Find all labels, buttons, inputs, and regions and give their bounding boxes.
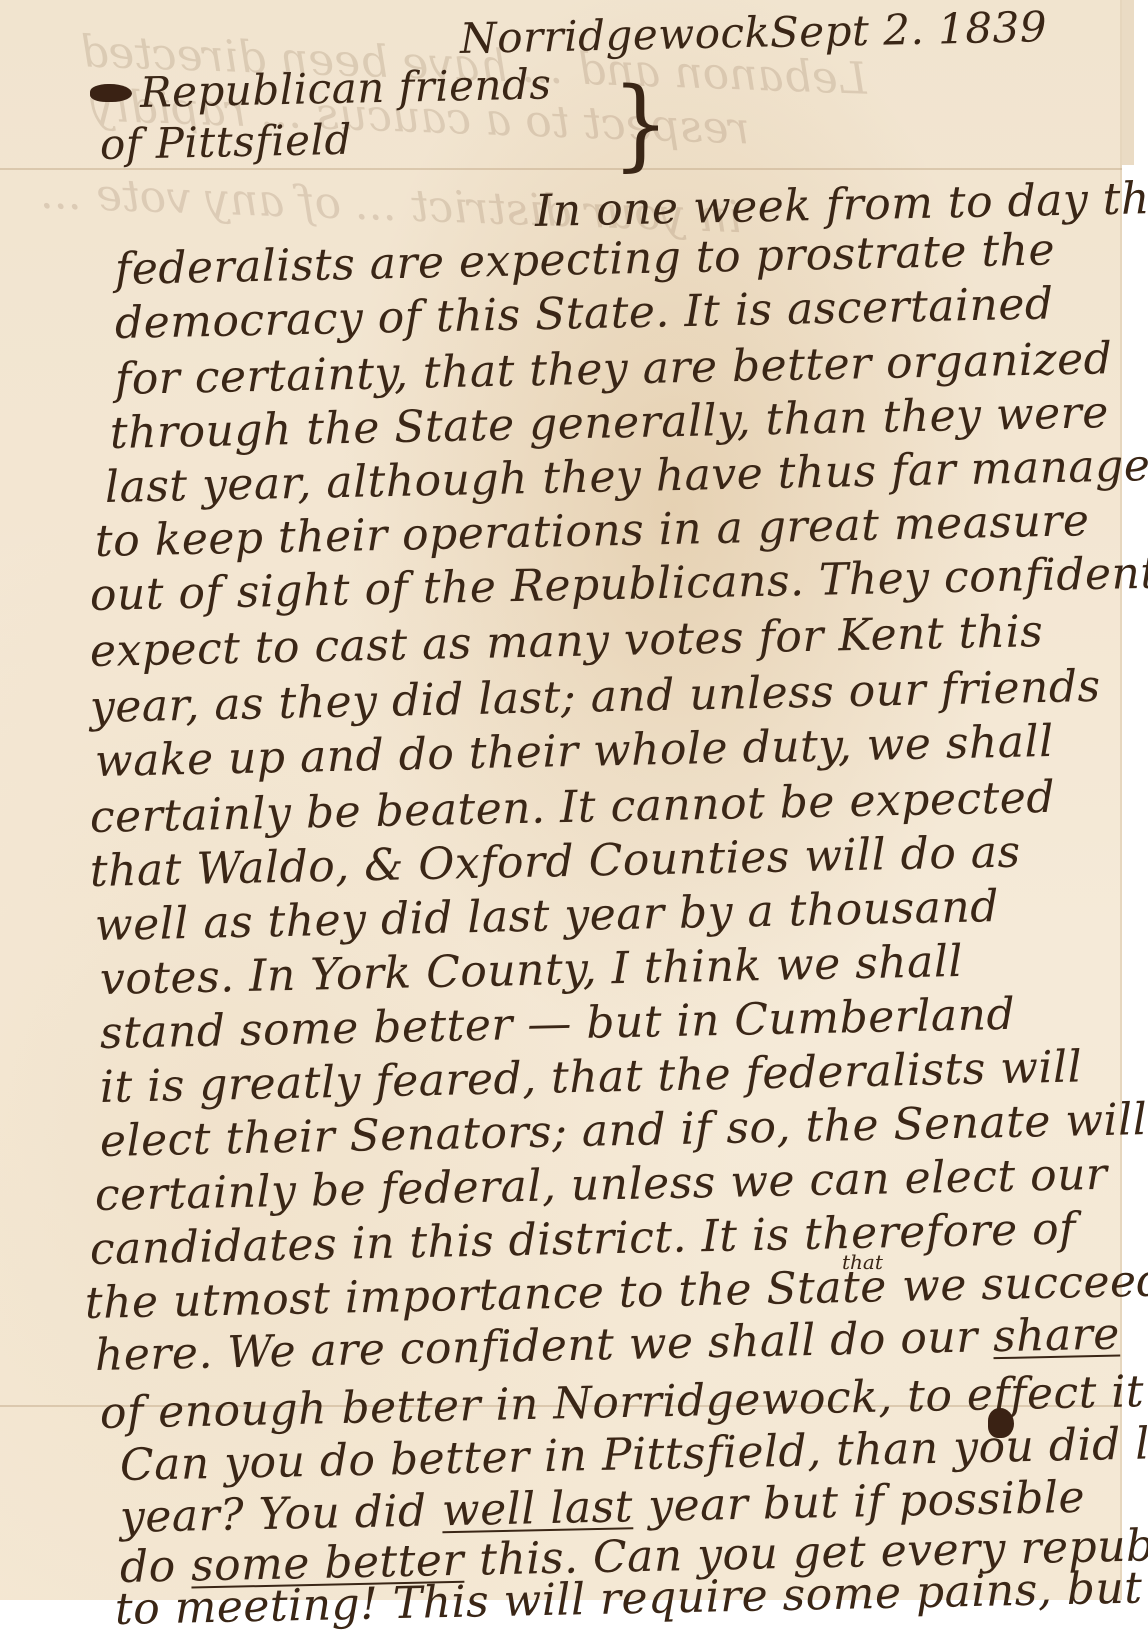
page-edge	[1122, 0, 1134, 165]
paper-fold-line	[0, 168, 1122, 170]
salutation-line-1: Republican friends	[140, 63, 552, 114]
letter-place: Norridgewock	[460, 12, 771, 60]
inserted-word: that	[842, 1250, 883, 1274]
salutation-line-2: of Pittsfield	[100, 119, 353, 166]
salutation-brace: }	[612, 76, 669, 175]
body-line-text: we succeed	[902, 1255, 1148, 1311]
body-line-text: year? You did	[119, 1486, 427, 1543]
underlined-word: share	[993, 1309, 1121, 1363]
letter-date: Sept 2. 1839	[770, 6, 1048, 54]
ink-blot	[90, 84, 132, 102]
underlined-word: well last	[441, 1481, 633, 1536]
letter-page: Lebanon and ... have been directed respe…	[0, 0, 1122, 1600]
body-line: In one week from to day the	[535, 177, 1148, 234]
